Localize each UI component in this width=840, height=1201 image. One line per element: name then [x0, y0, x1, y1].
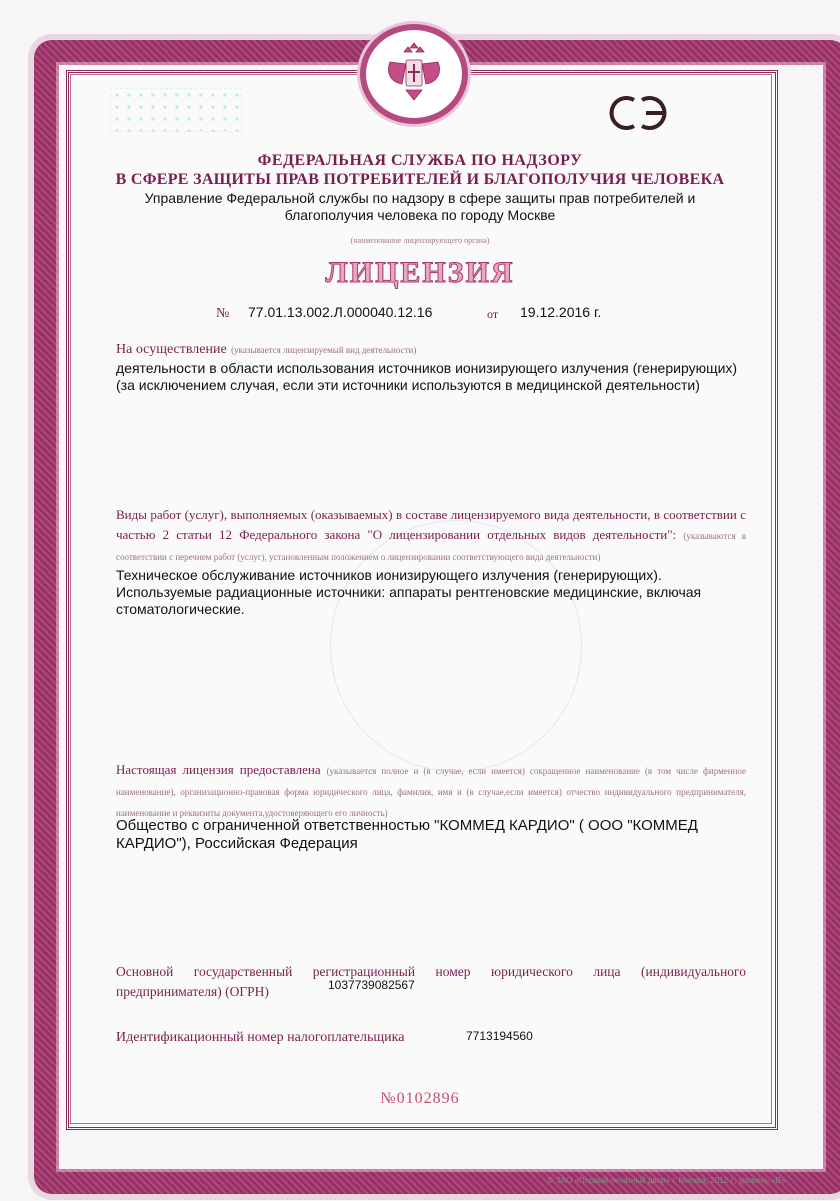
license-document: ФЕДЕРАЛЬНАЯ СЛУЖБА ПО НАДЗОРУ В СФЕРЕ ЗА…	[0, 0, 840, 1201]
agency-title-line1: ФЕДЕРАЛЬНАЯ СЛУЖБА ПО НАДЗОРУ	[0, 152, 840, 170]
license-date: 19.12.2016 г.	[520, 304, 601, 320]
hologram-stamp	[110, 88, 242, 132]
issuing-authority: Управление Федеральной службы по надзору…	[120, 190, 720, 224]
works-value-line1: Техническое обслуживание источников иони…	[116, 567, 746, 584]
ogrn-section: Основной государственный регистрационный…	[116, 962, 746, 1002]
agency-title-line2: В СФЕРЕ ЗАЩИТЫ ПРАВ ПОТРЕБИТЕЛЕЙ И БЛАГО…	[0, 171, 840, 189]
issuer-hint: (наименование лицензирующего органа)	[0, 236, 840, 245]
printer-footer: © ЗАО «Первый печатный двор» г. Москва, …	[548, 1176, 785, 1185]
licensee-value: Общество с ограниченной ответственностью…	[116, 817, 746, 853]
license-title: ЛИЦЕНЗИЯ	[0, 256, 840, 290]
date-label: от	[487, 307, 498, 322]
activity-label: На осуществление	[116, 342, 227, 357]
works-section: Виды работ (услуг), выполняемых (оказыва…	[116, 505, 746, 618]
works-label: Виды работ (услуг), выполняемых (оказыва…	[116, 507, 746, 542]
coat-of-arms-icon	[360, 24, 468, 124]
activity-hint: (указывается лицензируемый вид деятельно…	[231, 345, 416, 355]
works-value-line2: Используемые радиационные источники: апп…	[116, 584, 746, 618]
ogrn-value: 1037739082567	[328, 978, 415, 992]
licensee-section: Настоящая лицензия предоставлена (указыв…	[116, 760, 746, 853]
inn-label: Идентификационный номер налогоплательщик…	[116, 1030, 404, 1046]
activity-value: деятельности в области использования ист…	[116, 360, 746, 394]
ogrn-label: Основной государственный регистрационный…	[116, 962, 746, 1002]
se-logo-icon	[604, 92, 672, 134]
inn-value: 7713194560	[466, 1029, 533, 1043]
licensee-label: Настоящая лицензия предоставлена	[116, 762, 321, 777]
license-number: 77.01.13.002.Л.000040.12.16	[248, 304, 432, 320]
number-symbol: №	[216, 306, 229, 322]
activity-section: На осуществление (указывается лицензируе…	[116, 340, 746, 394]
form-serial-number: №0102896	[0, 1090, 840, 1108]
